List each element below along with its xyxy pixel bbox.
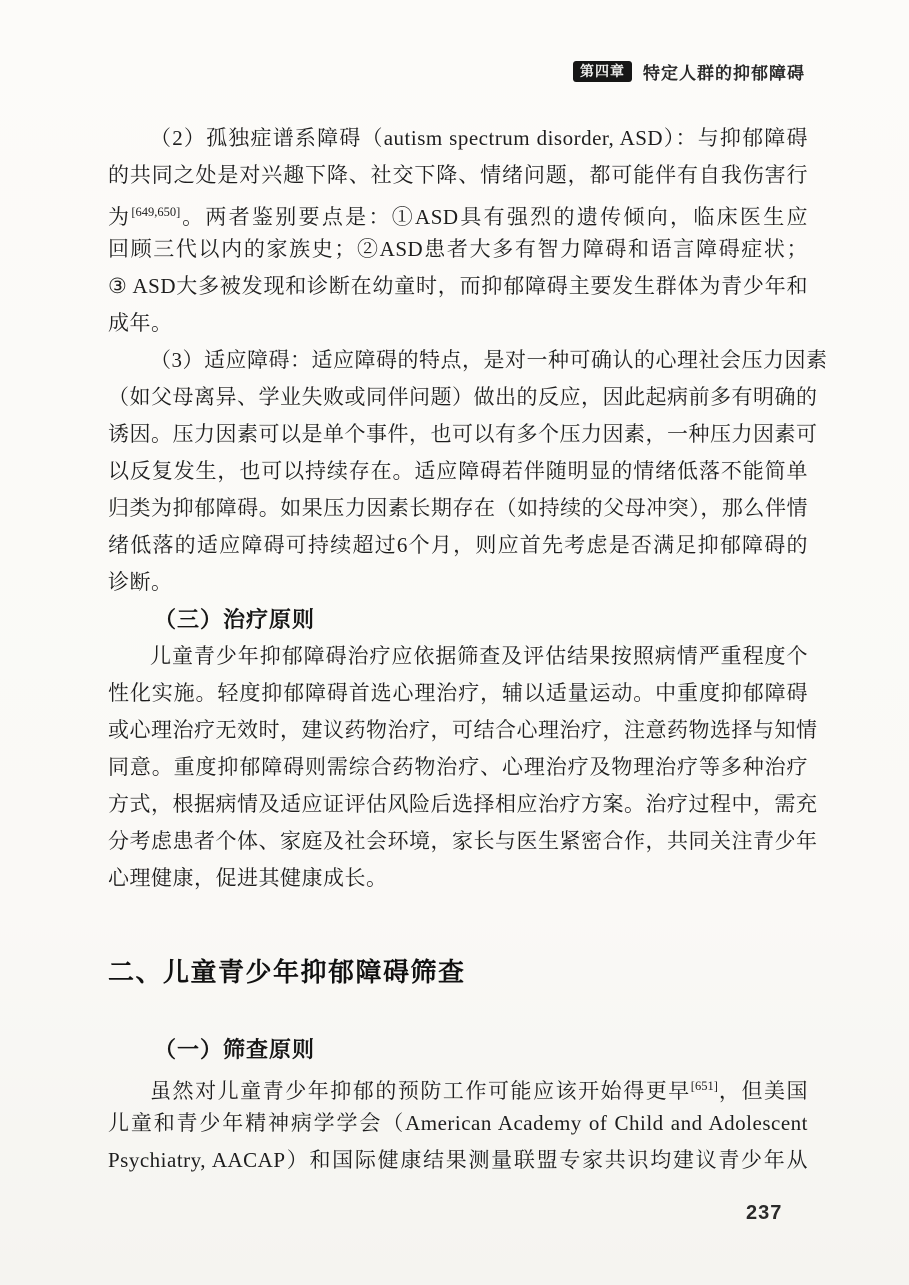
text-segment: 以反复发生，也可以持续存在。适应障碍若伴随明显的情绪低落不能简单 xyxy=(108,459,808,483)
text-line: 或心理治疗无效时，建议药物治疗，可结合心理治疗，注意药物选择与知情 xyxy=(108,712,808,749)
text-segment: 诊断。 xyxy=(108,570,173,594)
text-segment: 方式，根据病情及适应证评估风险后选择相应治疗方案。治疗过程中，需充 xyxy=(108,792,818,816)
text-line: （3）适应障碍：适应障碍的特点，是对一种可确认的心理社会压力因素 xyxy=(108,342,808,379)
text-segment: 绪低落的适应障碍可持续超过6个月，则应首先考虑是否满足抑郁障碍的 xyxy=(108,533,808,557)
para-adjustment-disorder: （3）适应障碍：适应障碍的特点，是对一种可确认的心理社会压力因素（如父母离异、学… xyxy=(108,342,808,601)
text-line: 方式，根据病情及适应证评估风险后选择相应治疗方案。治疗过程中，需充 xyxy=(108,786,808,823)
text-line: 为[649,650]。两者鉴别要点是：①ASD具有强烈的遗传倾向，临床医生应 xyxy=(108,194,808,231)
text-segment: 回顾三代以内的家族史；②ASD患者大多有智力障碍和语言障碍症状； xyxy=(108,237,808,261)
text-line: 成年。 xyxy=(108,305,808,342)
text-line: 心理健康，促进其健康成长。 xyxy=(108,860,808,897)
text-line: Psychiatry, AACAP）和国际健康结果测量联盟专家共识均建议青少年从 xyxy=(108,1142,808,1179)
chapter-title: 特定人群的抑郁障碍 xyxy=(643,59,805,84)
text-segment: 同意。重度抑郁障碍则需综合药物治疗、心理治疗及物理治疗等多种治疗 xyxy=(108,755,808,779)
text-segment: （如父母离异、学业失败或同伴问题）做出的反应，因此起病前多有明确的 xyxy=(108,385,818,409)
text-segment: 心理健康，促进其健康成长。 xyxy=(108,866,388,890)
text-segment: ，但美国 xyxy=(718,1079,808,1103)
text-line: 回顾三代以内的家族史；②ASD患者大多有智力障碍和语言障碍症状； xyxy=(108,231,808,268)
text-line: 以反复发生，也可以持续存在。适应障碍若伴随明显的情绪低落不能简单 xyxy=(108,453,808,490)
book-page: 第四章 特定人群的抑郁障碍 （2）孤独症谱系障碍（autism spectrum… xyxy=(0,0,909,1285)
text-line: 分考虑患者个体、家庭及社会环境，家长与医生紧密合作，共同关注青少年 xyxy=(108,823,808,860)
text-line: 儿童青少年抑郁障碍治疗应依据筛查及评估结果按照病情严重程度个 xyxy=(108,638,808,675)
para-autism-spectrum-disorder: （2）孤独症谱系障碍（autism spectrum disorder, ASD… xyxy=(108,120,808,342)
text-segment: 的共同之处是对兴趣下降、社交下降、情绪问题，都可能伴有自我伤害行 xyxy=(108,163,808,187)
citation-superscript: [649,650] xyxy=(131,205,180,219)
text-line: 同意。重度抑郁障碍则需综合药物治疗、心理治疗及物理治疗等多种治疗 xyxy=(108,749,808,786)
heading-screening-principles: （一）筛查原则 xyxy=(108,1031,808,1068)
text-segment: 性化实施。轻度抑郁障碍首选心理治疗，辅以适量运动。中重度抑郁障碍 xyxy=(108,681,808,705)
text-segment: 诱因。压力因素可以是单个事件，也可以有多个压力因素，一种压力因素可 xyxy=(108,422,818,446)
text-line: 归类为抑郁障碍。如果压力因素长期存在（如持续的父母冲突），那么伴情 xyxy=(108,490,808,527)
text-line: 儿童和青少年精神病学学会（American Academy of Child a… xyxy=(108,1105,808,1142)
para-treatment-principles: 儿童青少年抑郁障碍治疗应依据筛查及评估结果按照病情严重程度个性化实施。轻度抑郁障… xyxy=(108,638,808,897)
para-screening-intro: 虽然对儿童青少年抑郁的预防工作可能应该开始得更早[651]，但美国儿童和青少年精… xyxy=(108,1068,808,1179)
page-number: 237 xyxy=(746,1202,782,1225)
text-line: ③ ASD大多被发现和诊断在幼童时，而抑郁障碍主要发生群体为青少年和 xyxy=(108,268,808,305)
heading-treatment-principles: （三）治疗原则 xyxy=(108,601,808,638)
text-line: 诊断。 xyxy=(108,564,808,601)
text-segment: （2）孤独症谱系障碍（autism spectrum disorder, ASD… xyxy=(150,126,808,150)
text-line: 虽然对儿童青少年抑郁的预防工作可能应该开始得更早[651]，但美国 xyxy=(108,1068,808,1105)
text-line: （如父母离异、学业失败或同伴问题）做出的反应，因此起病前多有明确的 xyxy=(108,379,808,416)
text-line: 的共同之处是对兴趣下降、社交下降、情绪问题，都可能伴有自我伤害行 xyxy=(108,157,808,194)
text-line: 绪低落的适应障碍可持续超过6个月，则应首先考虑是否满足抑郁障碍的 xyxy=(108,527,808,564)
citation-superscript: [651] xyxy=(691,1079,718,1093)
heading-screening-section: 二、儿童青少年抑郁障碍筛查 xyxy=(108,952,808,992)
text-segment: 成年。 xyxy=(108,311,173,335)
text-segment: 儿童和青少年精神病学学会（American Academy of Child a… xyxy=(108,1111,808,1135)
text-segment: Psychiatry, AACAP）和国际健康结果测量联盟专家共识均建议青少年从 xyxy=(108,1148,808,1172)
text-segment: （3）适应障碍：适应障碍的特点，是对一种可确认的心理社会压力因素 xyxy=(150,348,828,372)
running-head: 第四章 特定人群的抑郁障碍 xyxy=(573,59,805,84)
text-line: 诱因。压力因素可以是单个事件，也可以有多个压力因素，一种压力因素可 xyxy=(108,416,808,453)
text-segment: 归类为抑郁障碍。如果压力因素长期存在（如持续的父母冲突），那么伴情 xyxy=(108,496,808,520)
text-segment: 或心理治疗无效时，建议药物治疗，可结合心理治疗，注意药物选择与知情 xyxy=(108,718,818,742)
text-segment: 儿童青少年抑郁障碍治疗应依据筛查及评估结果按照病情严重程度个 xyxy=(150,644,808,668)
text-segment: 。两者鉴别要点是：①ASD具有强烈的遗传倾向，临床医生应 xyxy=(180,205,808,229)
text-line: （2）孤独症谱系障碍（autism spectrum disorder, ASD… xyxy=(108,120,808,157)
text-segment: 为 xyxy=(108,205,131,229)
text-segment: 虽然对儿童青少年抑郁的预防工作可能应该开始得更早 xyxy=(150,1079,691,1103)
text-segment: ③ ASD大多被发现和诊断在幼童时，而抑郁障碍主要发生群体为青少年和 xyxy=(108,274,808,298)
text-segment: 分考虑患者个体、家庭及社会环境，家长与医生紧密合作，共同关注青少年 xyxy=(108,829,818,853)
text-line: 性化实施。轻度抑郁障碍首选心理治疗，辅以适量运动。中重度抑郁障碍 xyxy=(108,675,808,712)
chapter-badge: 第四章 xyxy=(573,61,632,82)
page-body: （2）孤独症谱系障碍（autism spectrum disorder, ASD… xyxy=(108,120,808,1179)
